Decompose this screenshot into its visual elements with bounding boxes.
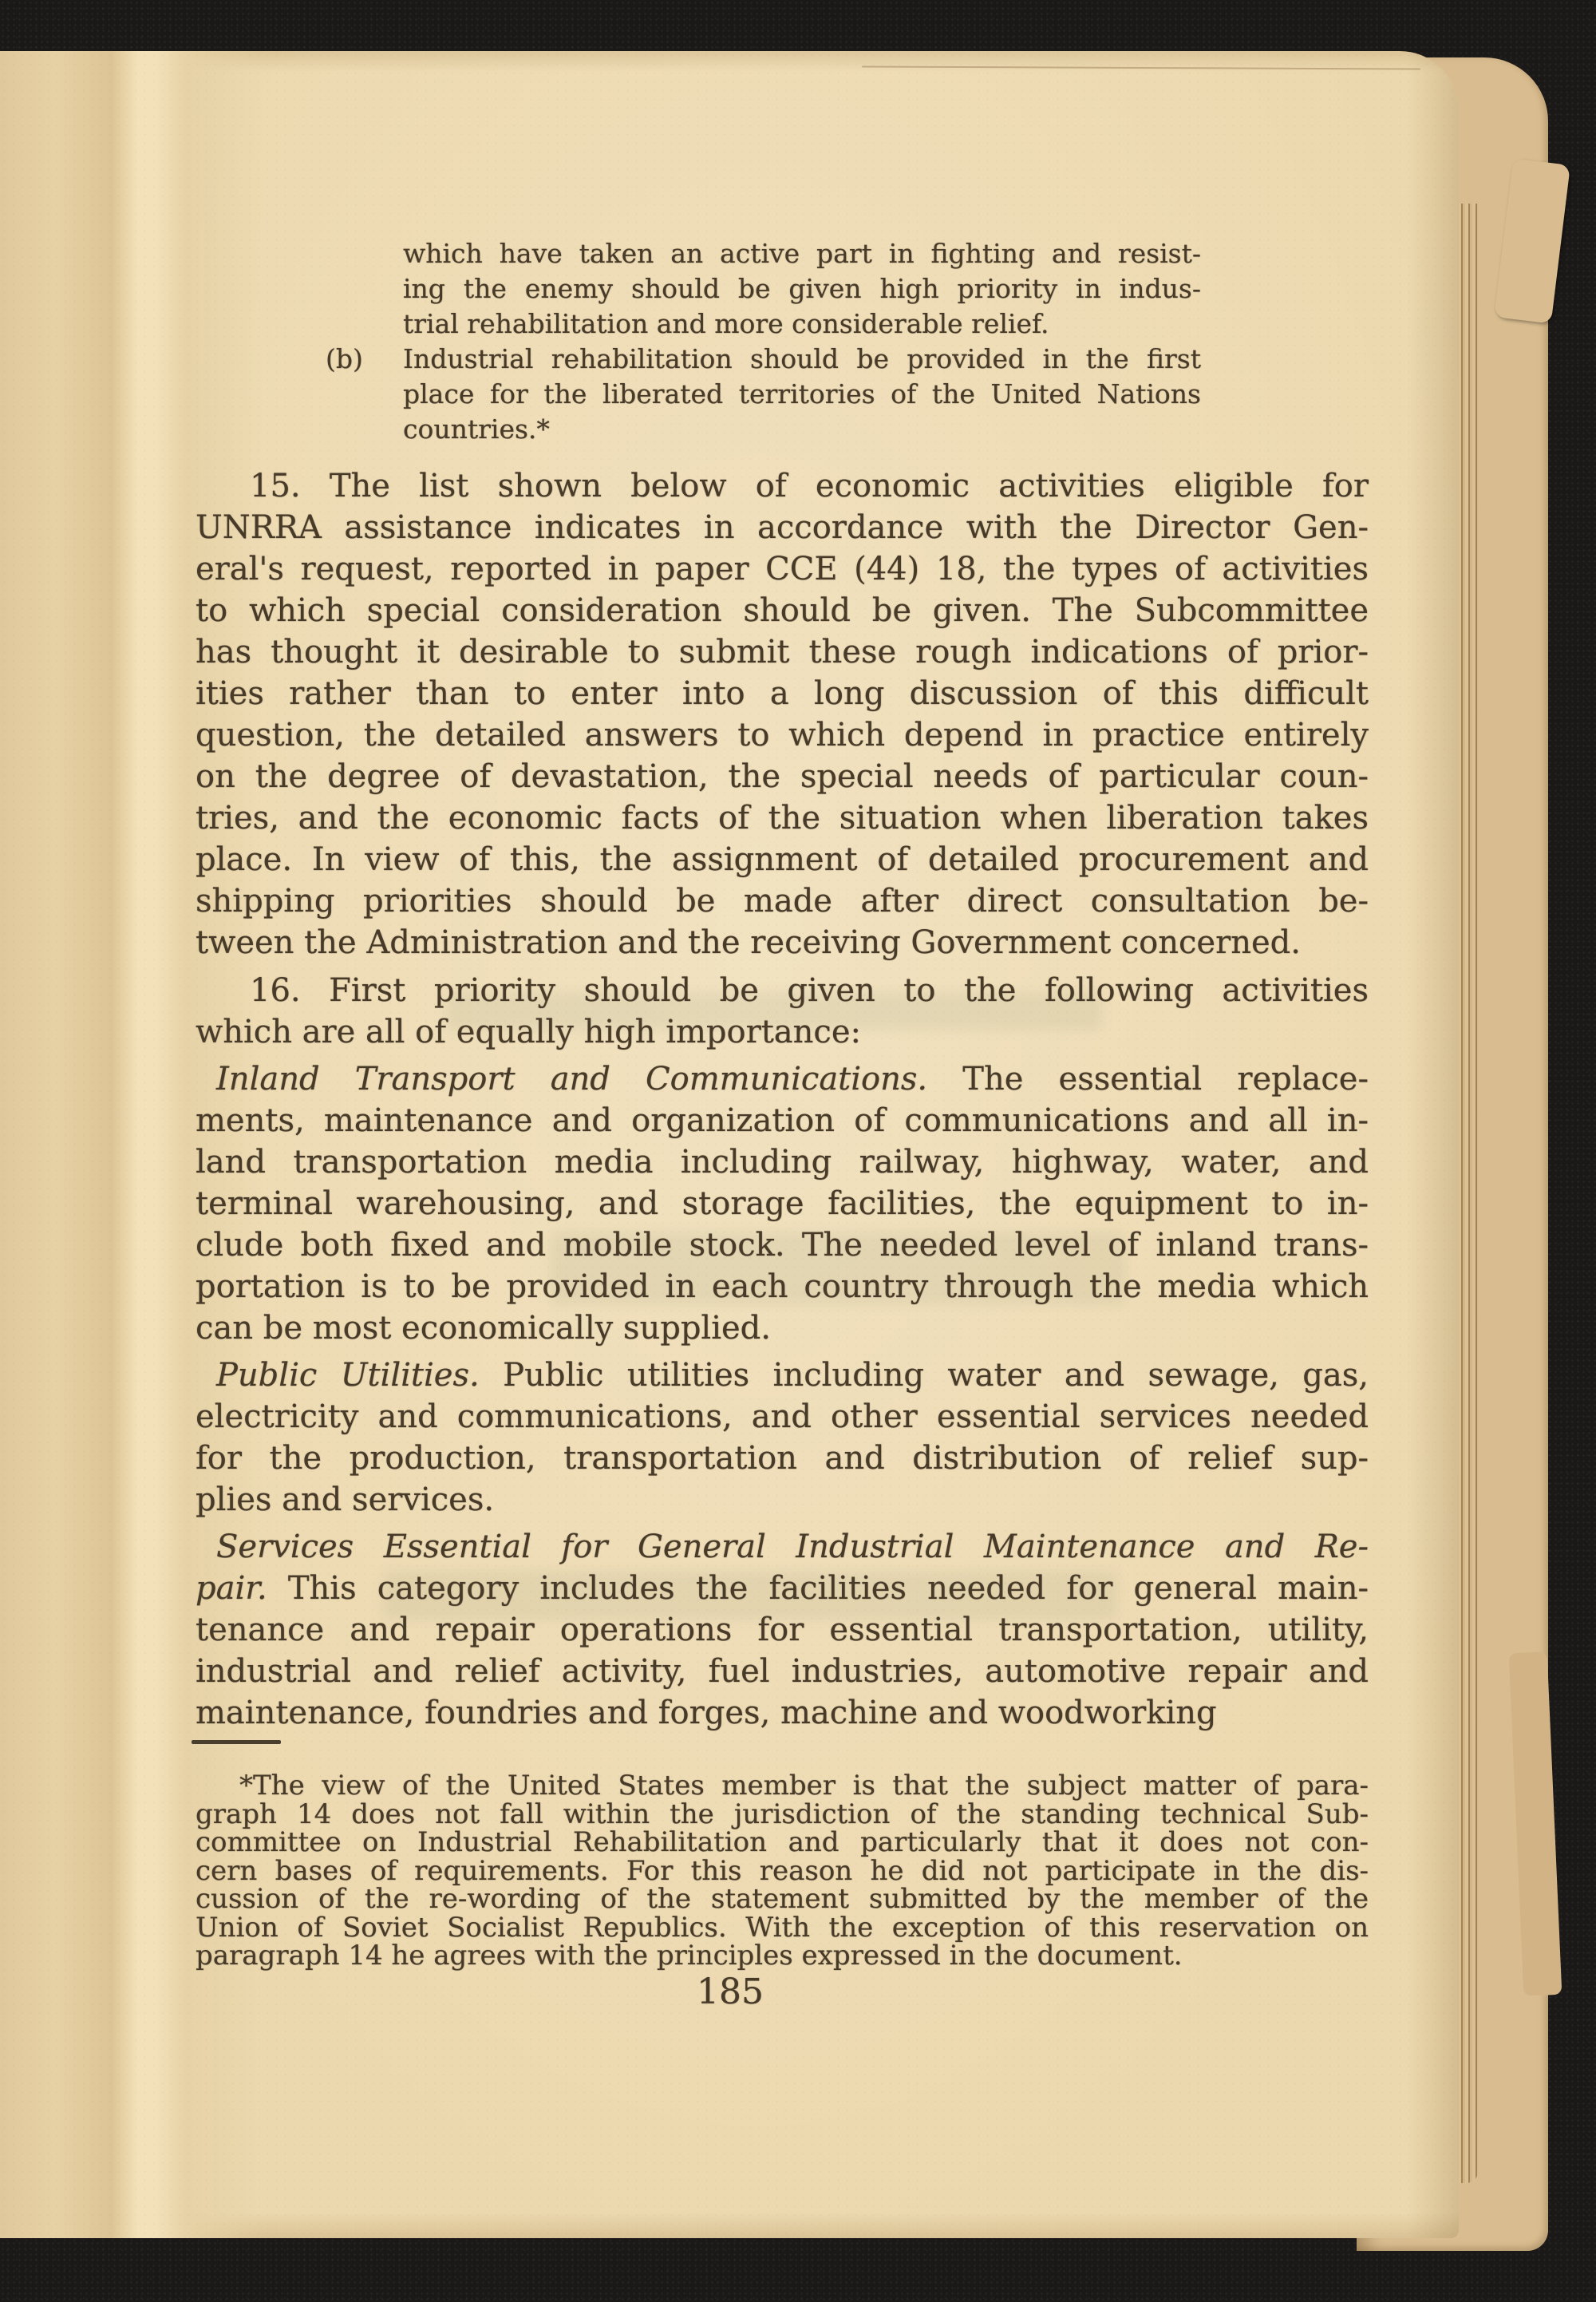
text-line: trial rehabilitation and more considerab… <box>403 307 1201 342</box>
text-line: ments, maintenance and organization of c… <box>196 1100 1369 1141</box>
text-line: to which special consideration should be… <box>196 590 1369 631</box>
text-line: cussion of the re-wording of the stateme… <box>196 1885 1369 1914</box>
text-line: tween the Administration and the receivi… <box>196 922 1369 963</box>
text-line: can be most economically supplied. <box>196 1307 1369 1349</box>
text-line: clude both fixed and mobile stock. The n… <box>196 1224 1369 1266</box>
text-line: portation is to be provided in each coun… <box>196 1266 1369 1307</box>
text-line: Public Utilities. Public utilities inclu… <box>196 1355 1369 1396</box>
paragraph-inland-transport: Inland Transport and Communications. The… <box>196 1058 1369 1349</box>
text-line: electricity and communications, and othe… <box>196 1396 1369 1438</box>
text-line: on the degree of devastation, the specia… <box>196 756 1369 797</box>
text-line: pair. This category includes the facilit… <box>196 1568 1369 1609</box>
footnote: *The view of the United States member is… <box>196 1772 1369 1971</box>
text-line: ities rather than to enter into a long d… <box>196 673 1369 714</box>
text-line: plies and services. <box>196 1479 1369 1521</box>
text-line: Union of Soviet Socialist Republics. Wit… <box>196 1914 1369 1943</box>
footnote-divider-rule <box>192 1740 281 1744</box>
text-line: shipping priorities should be made after… <box>196 880 1369 922</box>
text-line: industrial and relief activity, fuel ind… <box>196 1651 1369 1692</box>
under-sheet-top-edge <box>862 65 1420 69</box>
text-line: *The view of the United States member is… <box>196 1772 1369 1801</box>
text-line: Inland Transport and Communications. The… <box>196 1058 1369 1100</box>
text-line: which have taken an active part in fight… <box>403 236 1201 271</box>
item-b: (b) Industrial rehabilitation should be … <box>403 342 1201 447</box>
text-line: paragraph 14 he agrees with the principl… <box>196 1942 1369 1971</box>
text-line: which are all of equally high importance… <box>196 1011 1369 1053</box>
text-line: UNRRA assistance indicates in accordance… <box>196 507 1369 548</box>
text-line: cern bases of requirements. For this rea… <box>196 1857 1369 1886</box>
text-line: 15. The list shown below of economic act… <box>196 465 1369 507</box>
text-line: graph 14 does not fall within the jurisd… <box>196 1801 1369 1829</box>
text-line: place for the liberated territories of t… <box>403 377 1201 412</box>
text-line: land transportation media including rail… <box>196 1141 1369 1183</box>
item-a-continuation-text: which have taken an active part in fight… <box>403 236 1201 342</box>
text-line: countries.* <box>403 412 1201 447</box>
text-line: 16. First priority should be given to th… <box>196 970 1369 1011</box>
text-line: Industrial rehabilitation should be prov… <box>403 342 1201 377</box>
text-line: terminal warehousing, and storage facili… <box>196 1183 1369 1224</box>
text-line: tries, and the economic facts of the sit… <box>196 797 1369 839</box>
item-b-label: (b) <box>326 342 363 377</box>
text-line: has thought it desirable to submit these… <box>196 631 1369 673</box>
text-line: ing the enemy should be given high prior… <box>403 271 1201 307</box>
text-line: question, the detailed answers to which … <box>196 714 1369 756</box>
text-line: tenance and repair operations for essent… <box>196 1609 1369 1651</box>
page-number: 185 <box>674 1972 786 2012</box>
text-line: maintenance, foundries and forges, machi… <box>196 1692 1369 1734</box>
text-line: eral's request, reported in paper CCE (4… <box>196 548 1369 590</box>
paragraph-services-essential: Services Essential for General Industria… <box>196 1526 1369 1734</box>
paragraph-15: 15. The list shown below of economic act… <box>196 465 1369 963</box>
text-line: committee on Industrial Rehabilitation a… <box>196 1829 1369 1857</box>
paragraph-16: 16. First priority should be given to th… <box>196 970 1369 1053</box>
text-line: for the production, transportation and d… <box>196 1438 1369 1479</box>
text-line: place. In view of this, the assignment o… <box>196 839 1369 880</box>
item-b-text: Industrial rehabilitation should be prov… <box>403 342 1201 447</box>
scanned-book-photo: which have taken an active part in fight… <box>0 0 1596 2302</box>
paragraph-public-utilities: Public Utilities. Public utilities inclu… <box>196 1355 1369 1521</box>
book-page: which have taken an active part in fight… <box>0 51 1459 2238</box>
text-line: Services Essential for General Industria… <box>196 1526 1369 1568</box>
quoted-subitem-block: which have taken an active part in fight… <box>403 236 1201 447</box>
